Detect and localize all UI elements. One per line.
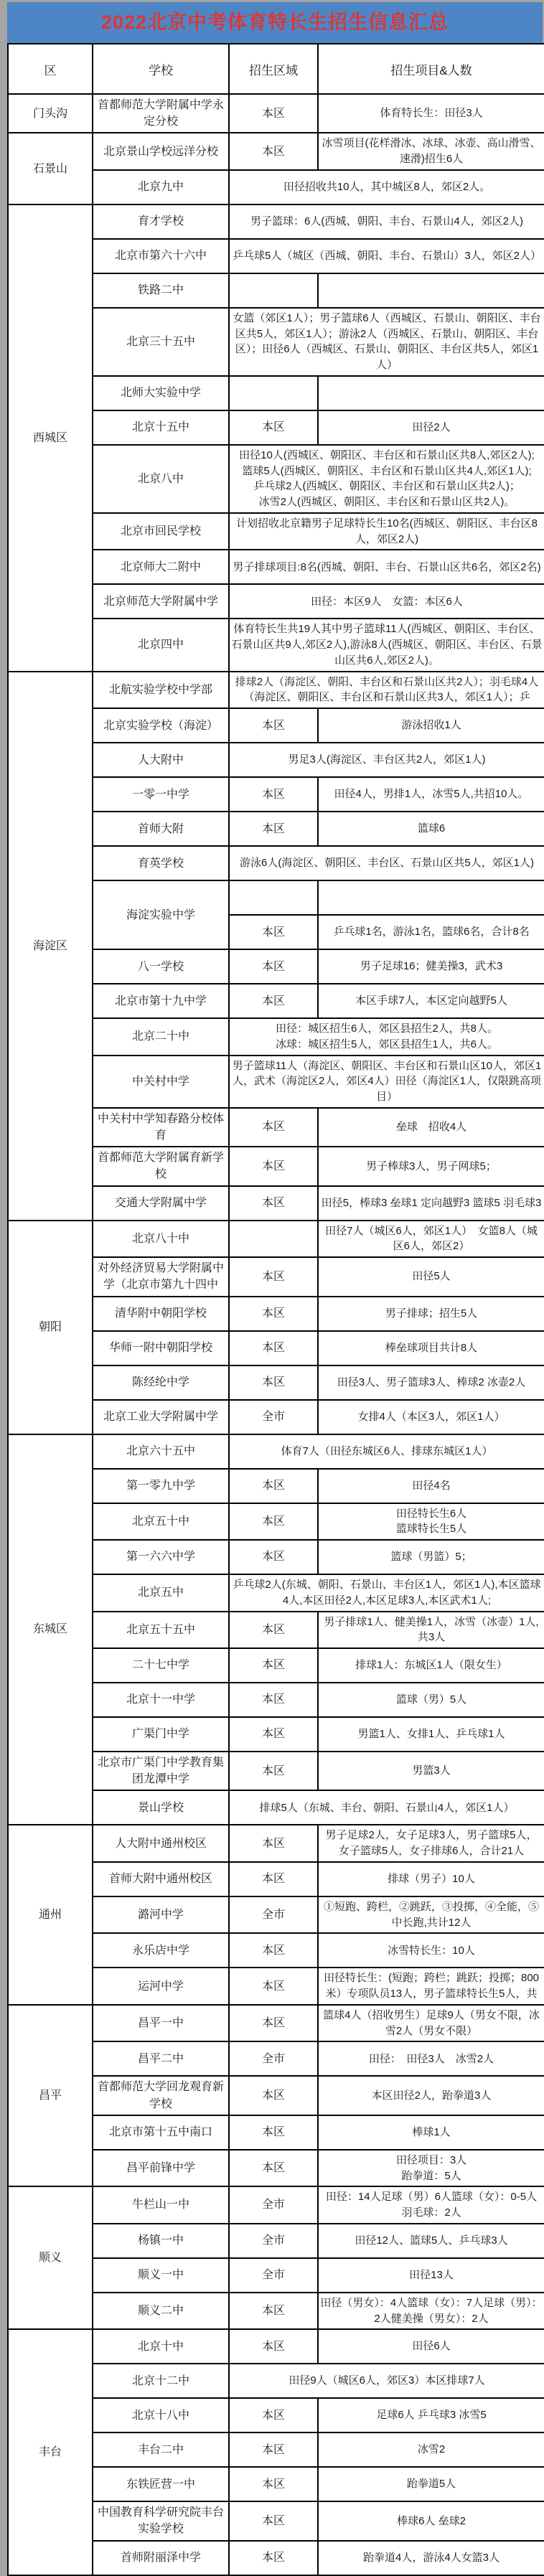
region-cell: 本区	[229, 812, 318, 846]
school-cell: 北京八中	[93, 445, 229, 513]
region-cell: 全市	[229, 2186, 318, 2224]
items-cell: 篮球4人（招收男生）足球9人（男女不限，冰雪2人（男女不限）	[318, 2005, 544, 2042]
items-cell: 田径5人	[318, 1257, 544, 1296]
school-cell: 北京市广渠门中学教育集团龙潭中学	[93, 1752, 229, 1790]
items-cell: 男子足球16；健美操3，武术3	[318, 949, 544, 984]
table-row: 顺义牛栏山一中全市田径：14人足球（男）6人篮球（女）：0-5人 羽毛球：2人	[8, 2186, 544, 2224]
district-cell: 东城区	[8, 1434, 93, 1825]
items-cell: 田径7人（城区6人，郊区1人） 女篮8人（城区6人，郊区2）	[318, 1221, 544, 1258]
school-cell: 北京四中	[93, 619, 229, 671]
items-cell: 田径：14人足球（男）6人篮球（女）：0-5人 羽毛球：2人	[318, 2186, 544, 2224]
items-cell: 跆拳道5人	[318, 2467, 544, 2501]
items-cell: 田径6人	[318, 2329, 544, 2364]
region-cell: 本区	[229, 94, 318, 133]
items-cell: 计划招收北京籍男子足球特长生10名(西城区、朝阳区、丰台区8人，郊区2人)	[229, 513, 544, 550]
region-cell: 本区	[229, 984, 318, 1018]
table-row: 朝阳北京八十中田径7人（城区6人，郊区1人） 女篮8人（城区6人，郊区2）	[8, 1221, 544, 1258]
items-cell: 田径招收共10人，其中城区8人，郊区2人。	[229, 170, 544, 205]
school-cell: 北京二十中	[93, 1018, 229, 1056]
items-cell	[318, 376, 544, 410]
items-cell: 篮球6	[318, 812, 544, 846]
items-cell: 田径2人	[318, 410, 544, 445]
region-cell: 本区	[229, 1752, 318, 1790]
school-cell: 北京师大二附中	[93, 550, 229, 584]
region-cell: 本区	[229, 1147, 318, 1185]
school-cell: 顺义一中	[93, 2258, 229, 2293]
items-cell: 田径4名	[318, 1469, 544, 1503]
column-header-items: 招生项目&人数	[318, 44, 544, 94]
district-cell: 丰台	[8, 2329, 93, 2575]
school-cell: 北师大实验中学	[93, 376, 229, 410]
region-cell: 本区	[229, 2467, 318, 2501]
region-cell: 本区	[229, 1540, 318, 1574]
items-cell: 足球6人 乒乓球3 冰雪5	[318, 2398, 544, 2432]
items-cell: 冰雪项目(花样滑冰、冰球、冰壶、高山滑雪、速滑)招生6人	[318, 133, 544, 170]
school-cell: 永乐店中学	[93, 1933, 229, 1968]
items-cell: 男子足球2人，女子足球3人，男子篮球5人，女子篮球5人，女子排球6人，合计21人	[318, 1825, 544, 1862]
school-cell: 昌平二中	[93, 2041, 229, 2076]
region-cell: 本区	[229, 777, 318, 812]
school-cell: 北京市第十九中学	[93, 984, 229, 1018]
school-cell: 东铁匠营一中	[93, 2467, 229, 2501]
items-cell: 田径5，棒球3 垒球1 定向越野3 篮球5 羽毛球3	[318, 1186, 544, 1221]
table-body: 门头沟首都师范大学附属中学永定分校本区体育特长生：田径3人石景山北京景山学校远洋…	[8, 94, 544, 2575]
region-cell: 本区	[229, 1365, 318, 1400]
items-cell	[318, 273, 544, 308]
region-cell: 本区	[229, 1108, 318, 1147]
items-cell: 男子棒球3人，男子网球5；	[318, 1147, 544, 1185]
table-row: 门头沟首都师范大学附属中学永定分校本区体育特长生：田径3人	[8, 94, 544, 133]
region-cell: 本区	[229, 1297, 318, 1331]
items-cell: 田径：本区9人 女篮：本区6人	[229, 584, 544, 619]
school-cell: 北京师范大学附属中学	[93, 584, 229, 619]
table-row: 丰台北京十中本区田径6人	[8, 2329, 544, 2364]
items-cell: 垒球 招收4人	[318, 1108, 544, 1147]
header-row: 区 学校 招生区域 招生项目&人数	[8, 44, 544, 94]
items-cell: 棒球1人	[318, 2115, 544, 2150]
school-cell: 第一零九中学	[93, 1469, 229, 1503]
region-cell: 本区	[229, 2501, 318, 2540]
region-cell: 全市	[229, 2224, 318, 2258]
district-cell: 海淀区	[8, 672, 93, 1221]
items-cell: 游泳招收1人	[318, 708, 544, 743]
items-cell: 篮球（男）5人	[318, 1683, 544, 1717]
region-cell: 本区	[229, 1648, 318, 1683]
region-cell: 本区	[229, 1862, 318, 1896]
table-header: 区 学校 招生区域 招生项目&人数	[8, 44, 544, 94]
items-cell: 乒乓球1名，游泳1名，篮球6名，合计8名	[318, 915, 544, 949]
region-cell: 本区	[229, 1612, 318, 1649]
school-cell: 首师附丽泽中学	[93, 2541, 229, 2575]
items-cell: 田径项目：3人 跆拳道：5人	[318, 2150, 544, 2187]
region-cell: 本区	[229, 708, 318, 743]
items-cell: 篮球（男篮）5；	[318, 1540, 544, 1574]
school-cell: 首都师范大学回龙观育新学校	[93, 2076, 229, 2115]
items-cell: 田径特长生：(短跑；跨栏；跳跃；投掷；800米）专项队员13人，男子篮球特长生5…	[318, 1968, 544, 2005]
region-cell: 本区	[229, 133, 318, 170]
school-cell: 北京十中	[93, 2329, 229, 2364]
summary-table: 区 学校 招生区域 招生项目&人数 门头沟首都师范大学附属中学永定分校本区体育特…	[7, 43, 544, 2576]
school-cell: 景山学校	[93, 1790, 229, 1825]
items-cell: 本区手球7人，本区定向越野5人	[318, 984, 544, 1018]
items-cell: 田径12人、篮球5人、乒乓球3人	[318, 2224, 544, 2258]
school-cell: 北京市第六十六中	[93, 239, 229, 273]
school-cell: 铁路二中	[93, 273, 229, 308]
school-cell: 北京工业大学附属中学	[93, 1400, 229, 1434]
items-cell: 田径13人	[318, 2258, 544, 2293]
items-cell: 乒乓球2人(东城、朝阳、石景山、丰台区1人，郊区1人),本区篮球4人,本区田径2…	[229, 1574, 544, 1612]
school-cell: 对外经济贸易大学附属中学（北京市第九十四中	[93, 1257, 229, 1296]
region-cell: 本区	[229, 2005, 318, 2042]
table-row: 石景山北京景山学校远洋分校本区冰雪项目(花样滑冰、冰球、冰壶、高山滑雪、速滑)招…	[8, 133, 544, 170]
items-cell: 体育特长生：田径3人	[318, 94, 544, 133]
table-row: 西城区育才学校男子篮球：6人(西城、朝阳、丰台、石景山4人，郊区2人)	[8, 205, 544, 239]
region-cell: 本区	[229, 1257, 318, 1296]
school-cell: 中关村中学知春路分校体育	[93, 1108, 229, 1147]
region-cell: 本区	[229, 2541, 318, 2575]
items-cell: 田径3人、男子篮球3人、棒球2 冰壶2人	[318, 1365, 544, 1400]
column-header-region: 招生区域	[229, 44, 318, 94]
items-cell: 棒垒球项目共计8人	[318, 1331, 544, 1365]
school-cell: 昌平一中	[93, 2005, 229, 2042]
items-cell: 跆拳道4人，游泳4人女篮3人	[318, 2541, 544, 2575]
items-cell: 田径（男女）：4人篮球（女）：7人足球（男）：2人健美操（男女）：2人	[318, 2293, 544, 2330]
region-cell: 本区	[229, 2076, 318, 2115]
items-cell: 排球（男子）10人	[318, 1862, 544, 1896]
school-cell: 北京实验学校（海淀）	[93, 708, 229, 743]
school-cell: 北京市回民学校	[93, 513, 229, 550]
school-cell: 首都师范大学附属育新学校	[93, 1147, 229, 1185]
items-cell: 排球1人：东城区1人（限女生）	[318, 1648, 544, 1683]
items-cell: 体育特长生共19人其中男子篮球11人(西城区、朝阳区、丰台区、石景山区共9人,郊…	[229, 619, 544, 671]
district-cell: 通州	[8, 1825, 93, 2005]
school-cell: 杨镇一中	[93, 2224, 229, 2258]
items-cell: 本区田径2人，跆拳道3人	[318, 2076, 544, 2115]
district-cell: 门头沟	[8, 94, 93, 133]
school-cell: 育才学校	[93, 205, 229, 239]
school-cell: 北京六十五中	[93, 1434, 229, 1469]
region-cell: 本区	[229, 2398, 318, 2432]
school-cell: 海淀实验中学	[93, 880, 229, 949]
items-cell: 田径特长生6人 篮球特长生5人	[318, 1503, 544, 1541]
region-cell	[229, 376, 318, 410]
items-cell: 棒球6人 垒球2	[318, 2501, 544, 2540]
table-row: 东城区北京六十五中体育7人（田径东城区6人、排球东城区1人）	[8, 1434, 544, 1469]
items-cell: 男篮3人	[318, 1752, 544, 1790]
region-cell	[229, 1221, 318, 1258]
region-cell: 本区	[229, 915, 318, 949]
items-cell: 乒乓球5人（城区（西城、朝阳、丰台、石景山）3人，郊区2人）	[229, 239, 544, 273]
school-cell: 北京五十五中	[93, 1612, 229, 1649]
school-cell: 广渠门中学	[93, 1717, 229, 1752]
school-cell: 育英学校	[93, 846, 229, 880]
school-cell: 中关村中学	[93, 1056, 229, 1108]
items-cell: ①短跑、跨栏，②跳跃，③投掷，④全能，⑤中长跑,共计12人	[318, 1896, 544, 1934]
items-cell: 男篮1人、女排1人、乒乓球1人	[318, 1717, 544, 1752]
school-cell: 八一学校	[93, 949, 229, 984]
district-cell: 石景山	[8, 133, 93, 205]
school-cell: 北京八十中	[93, 1221, 229, 1258]
school-cell: 北航实验学校中学部	[93, 672, 229, 709]
region-cell: 本区	[229, 949, 318, 984]
table-row: 通州人大附中通州校区本区男子足球2人，女子足球3人，男子篮球5人，女子篮球5人，…	[8, 1825, 544, 1862]
region-cell: 本区	[229, 2115, 318, 2150]
school-cell: 北京景山学校远洋分校	[93, 133, 229, 170]
school-cell: 北京十五中	[93, 410, 229, 445]
region-cell: 本区	[229, 1331, 318, 1365]
items-cell: 男子篮球：6人(西城、朝阳、丰台、石景山4人，郊区2人)	[229, 205, 544, 239]
region-cell: 全市	[229, 2041, 318, 2076]
items-cell: 排球2人（海淀区、朝阳、丰台区和石景山区共2人）；羽毛球4人（海淀区、朝阳区、丰…	[229, 672, 544, 709]
school-cell: 北京十一中学	[93, 1683, 229, 1717]
school-cell: 首都师范大学附属中学永定分校	[93, 94, 229, 133]
page-title: 2022北京中考体育特长生招生信息汇总	[7, 2, 543, 43]
items-cell: 男子排球1人、健美操1人，冰雪（冰壶）1人,共3人	[318, 1612, 544, 1649]
district-cell: 顺义	[8, 2186, 93, 2329]
items-cell: 男子排球项目:8名(西城、朝阳、丰台、石景山区共6名，郊区2名)	[229, 550, 544, 584]
school-cell: 人大附中通州校区	[93, 1825, 229, 1862]
table-row: 海淀区北航实验学校中学部排球2人（海淀区、朝阳、丰台区和石景山区共2人）；羽毛球…	[8, 672, 544, 709]
school-cell: 首师大附	[93, 812, 229, 846]
school-cell: 北京五十中	[93, 1503, 229, 1541]
region-cell: 本区	[229, 1186, 318, 1221]
school-cell: 中国教育科学研究院丰台实验学校	[93, 2501, 229, 2540]
items-cell: 田径10人(西城区、朝阳区、丰台区和石景山区共8人,郊区2人); 篮球5人(西城…	[229, 445, 544, 513]
district-cell: 昌平	[8, 2005, 93, 2186]
items-cell: 女排4人（本区3人，郊区1人）	[318, 1400, 544, 1434]
school-cell: 首师大附中通州校区	[93, 1862, 229, 1896]
region-cell: 本区	[229, 1683, 318, 1717]
region-cell: 全市	[229, 1400, 318, 1434]
items-cell: 田径4人，男排1人，冰雪5人,共招10人。	[318, 777, 544, 812]
school-cell: 一零一中学	[93, 777, 229, 812]
region-cell: 全市	[229, 1896, 318, 1934]
region-cell: 本区	[229, 1825, 318, 1862]
district-cell: 西城区	[8, 205, 93, 672]
region-cell: 本区	[229, 2329, 318, 2364]
table-row: 昌平昌平一中本区篮球4人（招收男生）足球9人（男女不限，冰雪2人（男女不限）	[8, 2005, 544, 2042]
school-cell: 北京市第十五中南口	[93, 2115, 229, 2150]
region-cell: 本区	[229, 1968, 318, 2005]
school-cell: 北京五中	[93, 1574, 229, 1612]
school-cell: 北京九中	[93, 170, 229, 205]
school-cell: 丰台二中	[93, 2432, 229, 2467]
region-cell: 本区	[229, 1933, 318, 1968]
summary-page: 2022北京中考体育特长生招生信息汇总 区 学校 招生区域 招生项目&人数 门头…	[7, 2, 543, 2576]
region-cell: 本区	[229, 1717, 318, 1752]
items-cell: 体育7人（田径东城区6人、排球东城区1人）	[229, 1434, 544, 1469]
region-cell: 本区	[229, 410, 318, 445]
school-cell: 昌平前锋中学	[93, 2150, 229, 2187]
school-cell: 第一六六中学	[93, 1540, 229, 1574]
region-cell	[229, 273, 318, 308]
school-cell: 运河中学	[93, 1968, 229, 2005]
school-cell: 顺义二中	[93, 2293, 229, 2330]
school-cell: 华师一附中朝阳学校	[93, 1331, 229, 1365]
region-cell: 全市	[229, 2258, 318, 2293]
items-cell: 男子篮球11人（海淀区、朝阳区、丰台区和石景山区10人，郊区1人，武术（海淀区2…	[229, 1056, 544, 1108]
school-cell: 陈经纶中学	[93, 1365, 229, 1400]
school-cell: 交通大学附属中学	[93, 1186, 229, 1221]
items-cell: 田径： 田径3人 冰雪2人	[318, 2041, 544, 2076]
region-cell: 本区	[229, 2432, 318, 2467]
district-cell: 朝阳	[8, 1221, 93, 1434]
column-header-district: 区	[8, 44, 93, 94]
items-cell	[318, 880, 544, 915]
items-cell: 女篮（郊区1人）；男子篮球6人（西城区、石景山、朝阳区、丰台区共5人，郊区1人）…	[229, 308, 544, 376]
school-cell: 二十七中学	[93, 1648, 229, 1683]
items-cell: 游泳6人(海淀区、朝阳区、丰台区、石景山区共5人，郊区1人)	[229, 846, 544, 880]
region-cell: 本区	[229, 2150, 318, 2187]
school-cell: 人大附中	[93, 743, 229, 777]
school-cell: 北京十二中	[93, 2364, 229, 2398]
school-cell: 北京三十五中	[93, 308, 229, 376]
items-cell: 男足3人(海淀区、丰台区共2人，郊区1人)	[229, 743, 544, 777]
school-cell: 牛栏山一中	[93, 2186, 229, 2224]
region-cell	[229, 880, 318, 915]
region-cell: 本区	[229, 2293, 318, 2330]
column-header-school: 学校	[93, 44, 229, 94]
school-cell: 潞河中学	[93, 1896, 229, 1934]
school-cell: 清华附中朝阳学校	[93, 1297, 229, 1331]
items-cell: 冰雪2	[318, 2432, 544, 2467]
items-cell: 田径9人（城区6人，郊区3）本区排球7人	[229, 2364, 544, 2398]
items-cell: 冰雪特长生：10人	[318, 1933, 544, 1968]
items-cell: 田径：城区招生6人，郊区县招生2人，共8人。 冰球：城区招生5人，郊区县招生1人…	[229, 1018, 544, 1056]
region-cell: 本区	[229, 1503, 318, 1541]
school-cell: 北京十八中	[93, 2398, 229, 2432]
region-cell: 本区	[229, 1469, 318, 1503]
items-cell: 男子排球；招生5人	[318, 1297, 544, 1331]
items-cell: 排球5人（东城、丰台、朝阳、石景山4人，郊区1人）	[229, 1790, 544, 1825]
